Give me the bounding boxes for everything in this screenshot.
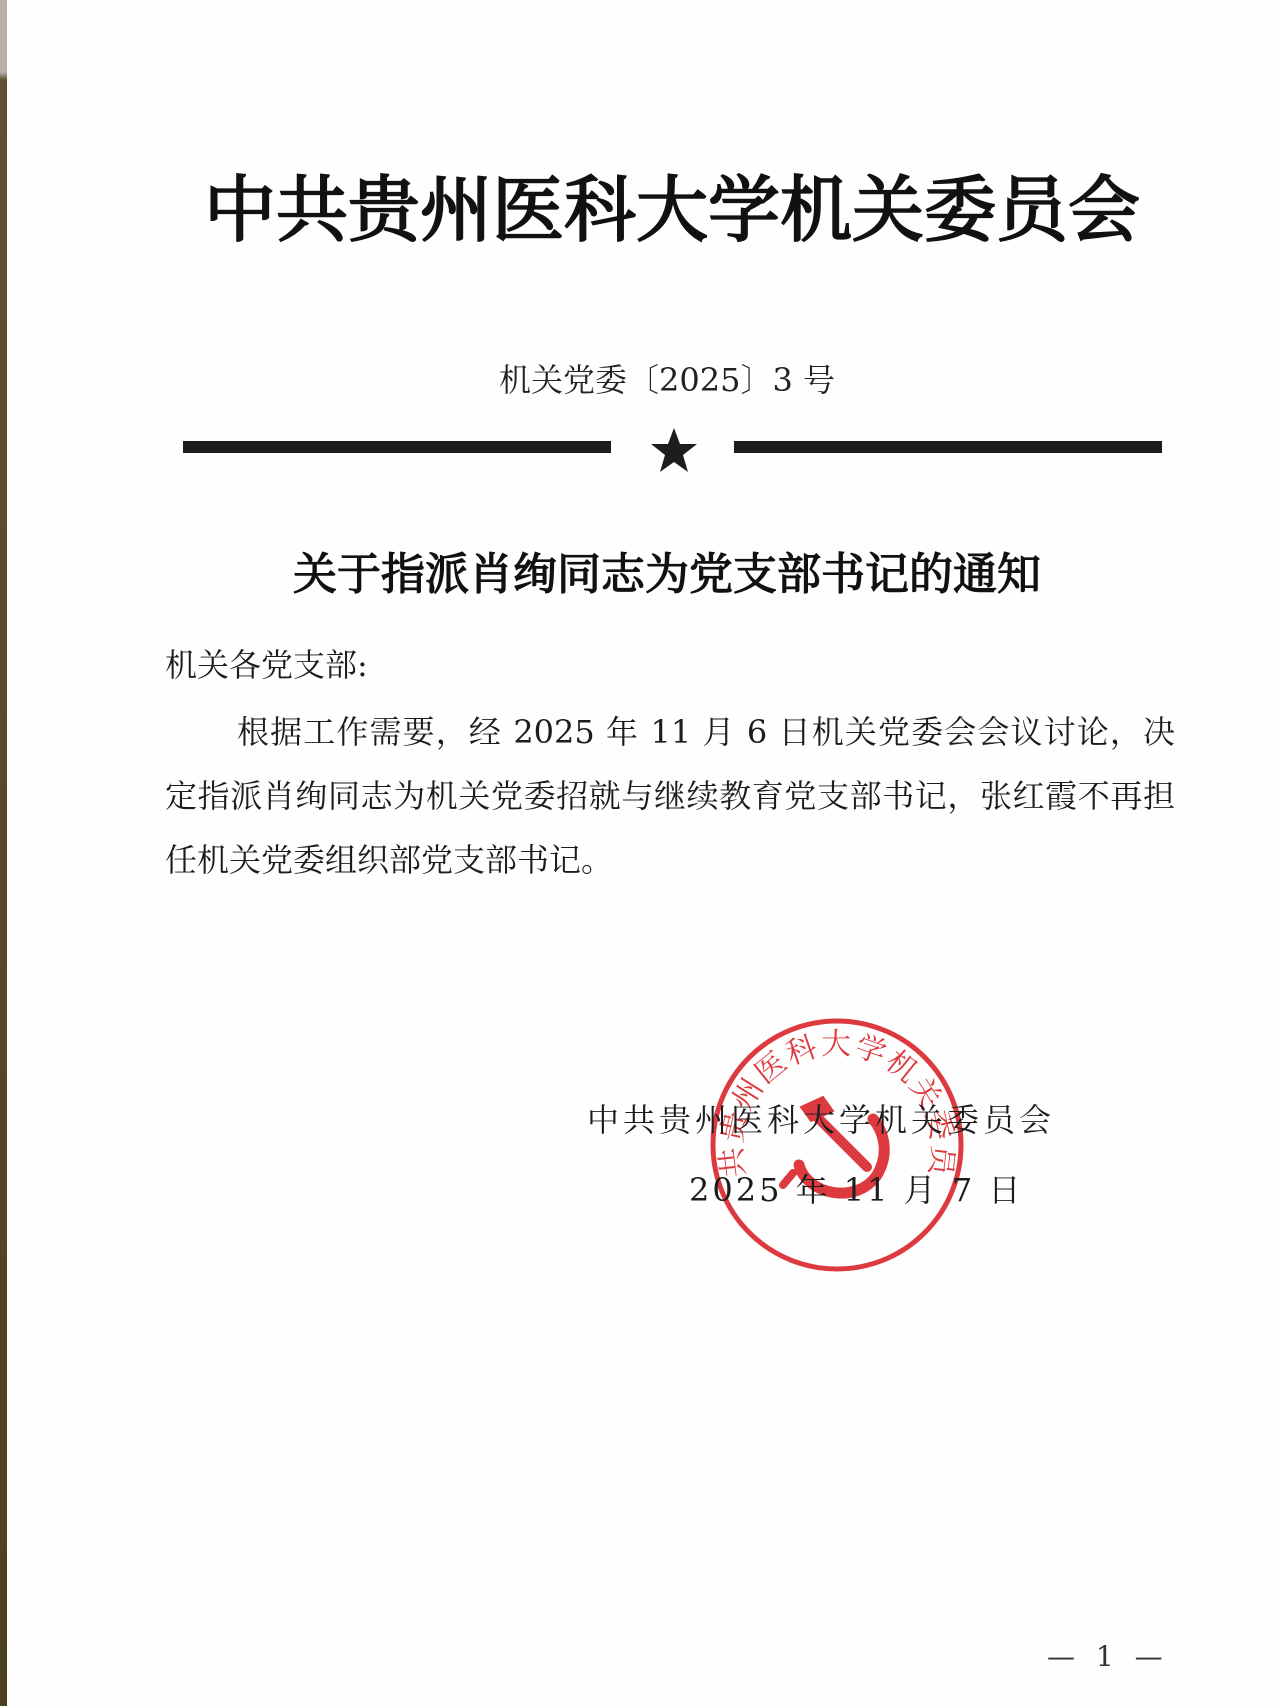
notice-title: 关于指派肖绚同志为党支部书记的通知: [7, 538, 1279, 602]
document-page: 中共贵州医科大学机关委员会 机关党委〔2025〕3 号 关于指派肖绚同志为党支部…: [7, 0, 1279, 1706]
body-paragraph: 根据工作需要，经 2025 年 11 月 6 日机关党委会会议讨论，决定指派肖绚…: [165, 700, 1175, 892]
doc-number: 机关党委〔2025〕3 号: [7, 355, 1279, 401]
signature-org: 中共贵州医科大学机关委员会: [587, 1095, 1055, 1141]
separator-line-left: [183, 441, 611, 453]
official-seal: 中共贵州医科大学机关委员会: [707, 1015, 967, 1275]
salutation: 机关各党支部:: [165, 640, 368, 686]
page-number: — 1 —: [1047, 1640, 1169, 1673]
star-icon: [649, 426, 699, 474]
page-edge-shadow: [0, 0, 7, 1706]
separator-line-right: [734, 441, 1162, 453]
org-title: 中共贵州医科大学机关委员会: [177, 152, 1167, 256]
signature-date: 2025 年 11 月 7 日: [689, 1165, 1023, 1211]
